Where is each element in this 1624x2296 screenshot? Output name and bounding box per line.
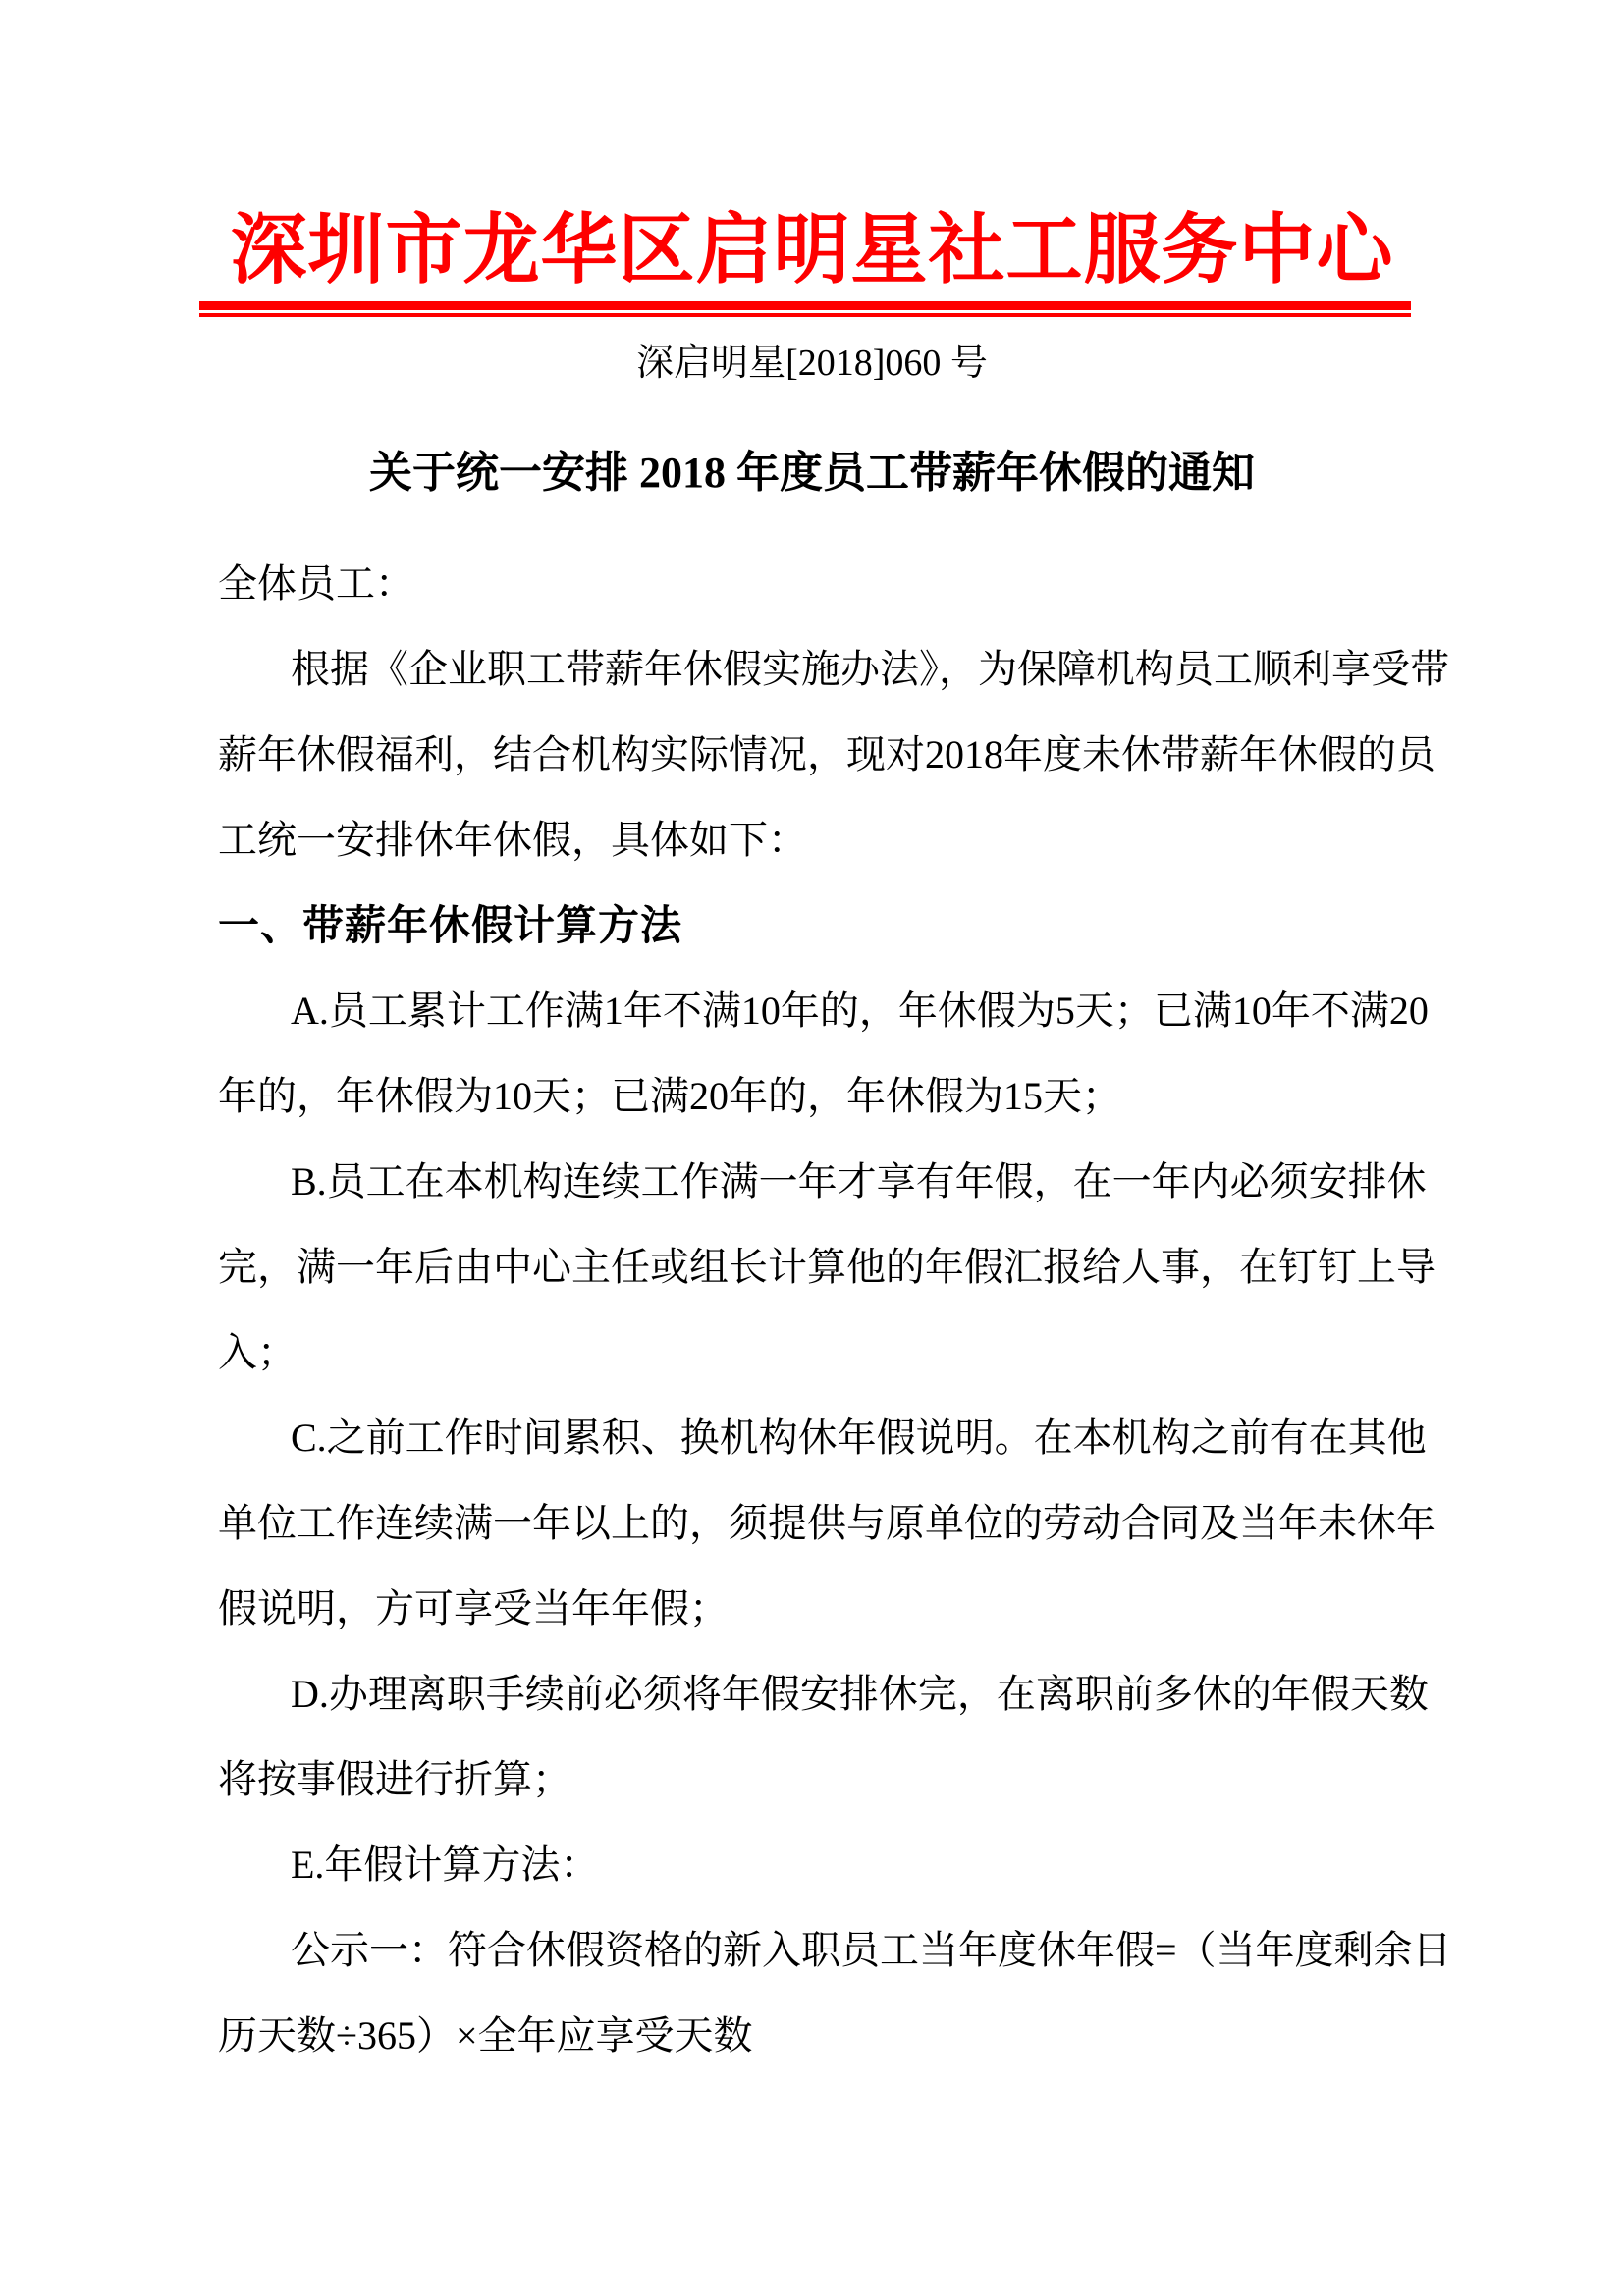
body-line: D.办理离职手续前必须将年假安排休完，在离职前多休的年假天数 — [218, 1651, 1408, 1736]
body-line: 历天数÷365）×全年应享受天数 — [218, 1993, 1408, 2078]
body-line: 公示一：符合休假资格的新入职员工当年度休年假=（当年度剩余日 — [218, 1907, 1408, 1993]
doc-number: 深启明星[2018]060 号 — [0, 343, 1624, 384]
body-line: 单位工作连续满一年以上的，须提供与原单位的劳动合同及当年未休年 — [218, 1480, 1408, 1566]
letterhead-divider — [199, 301, 1411, 317]
notice-body: 全体员工： 根据《企业职工带薪年休假实施办法》，为保障机构员工顺利享受带 薪年休… — [218, 541, 1408, 2078]
body-line: 年的，年休假为10天；已满20年的，年休假为15天； — [218, 1053, 1408, 1139]
body-line: A.员工累计工作满1年不满10年的，年休假为5天；已满10年不满20 — [218, 968, 1408, 1053]
body-line: C.之前工作时间累积、换机构休年假说明。在本机构之前有在其他 — [218, 1395, 1408, 1480]
body-line: 完，满一年后由中心主任或组长计算他的年假汇报给人事，在钉钉上导 — [218, 1224, 1408, 1309]
body-line: 假说明，方可享受当年年假； — [218, 1566, 1408, 1651]
body-line: 薪年休假福利，结合机构实际情况，现对2018年度未休带薪年休假的员 — [218, 712, 1408, 797]
body-line: 根据《企业职工带薪年休假实施办法》，为保障机构员工顺利享受带 — [218, 626, 1408, 712]
org-title: 深圳市龙华区启明星社工服务中心 — [0, 208, 1624, 293]
letterhead: 深圳市龙华区启明星社工服务中心 深启明星[2018]060 号 — [0, 208, 1624, 384]
body-line: 工统一安排休年休假，具体如下： — [218, 797, 1408, 882]
salutation: 全体员工： — [218, 541, 1408, 626]
divider-thick-rule — [199, 301, 1411, 310]
body-line: E.年假计算方法： — [218, 1822, 1408, 1907]
divider-thin-rule — [199, 313, 1411, 317]
body-line: 将按事假进行折算； — [218, 1736, 1408, 1822]
section-heading: 一、带薪年休假计算方法 — [218, 882, 1408, 968]
body-line: 入； — [218, 1309, 1408, 1395]
notice-title: 关于统一安排 2018 年度员工带薪年休假的通知 — [0, 449, 1624, 498]
document-page: 深圳市龙华区启明星社工服务中心 深启明星[2018]060 号 关于统一安排 2… — [0, 0, 1624, 2296]
body-line: B.员工在本机构连续工作满一年才享有年假，在一年内必须安排休 — [218, 1139, 1408, 1224]
